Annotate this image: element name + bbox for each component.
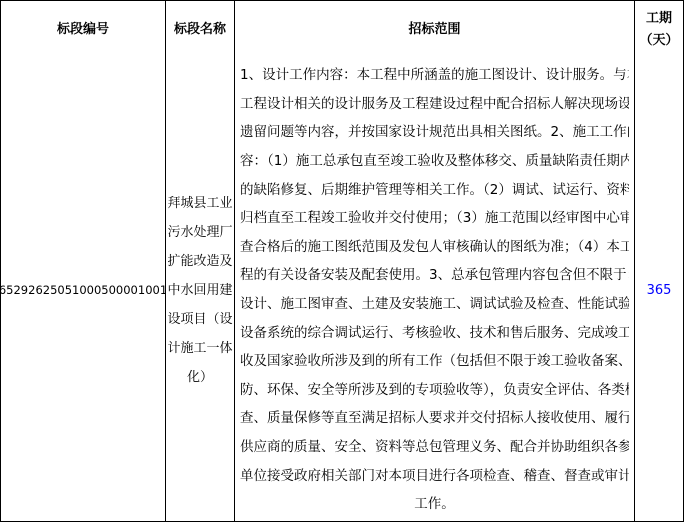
header-bid-scope: 招标范围 bbox=[235, 1, 634, 59]
bid-scope-text: 1、设计工作内容：本工程中所涵盖的施工图设计、设计服务。与本 工程设计相关的设计… bbox=[235, 61, 634, 519]
column-section-number: 标段编号 65292625051000500001001 bbox=[1, 1, 165, 521]
scope-line: 防、环保、安全等所涉及到的专项验收等），负责安全评估、各类检 bbox=[240, 376, 629, 405]
column-section-name: 标段名称 拜城县工业 污水处理厂 扩能改造及 中水回用建 设项目（设 计施工一体… bbox=[165, 1, 234, 521]
scope-line: 设备系统的综合调试运行、考核验收、技术和售后服务、完成竣工验 bbox=[240, 319, 629, 348]
scope-line: 归档直至工程竣工验收并交付使用；（3）施工范围以经审图中心审 bbox=[240, 204, 629, 233]
column-bid-scope: 招标范围 1、设计工作内容：本工程中所涵盖的施工图设计、设计服务。与本 工程设计… bbox=[234, 1, 634, 521]
scope-line: 收及国家验收所涉及到的所有工作（包括但不限于竣工验收备案、消 bbox=[240, 347, 629, 376]
scope-line: 容：（1）施工总承包直至竣工验收及整体移交、质量缺陷责任期内 bbox=[240, 147, 629, 176]
section-name-line: 污水处理厂 bbox=[166, 218, 234, 247]
header-section-number: 标段编号 bbox=[1, 1, 165, 59]
section-name-line: 计施工一体 bbox=[166, 334, 234, 363]
scope-line: 设计、施工图审查、土建及安装施工、调试试验及检查、性能试验、 bbox=[240, 290, 629, 319]
scope-line: 遗留问题等内容，并按国家设计规范出具相关图纸。2、施工工作内 bbox=[240, 118, 629, 147]
scope-line: 查、质量保修等直至满足招标人要求并交付招标人接收使用、履行对 bbox=[240, 404, 629, 433]
header-duration-line1: 工期 bbox=[646, 8, 672, 30]
section-name-value: 拜城县工业 污水处理厂 扩能改造及 中水回用建 设项目（设 计施工一体 化） bbox=[166, 189, 234, 392]
section-name-line: 设项目（设 bbox=[166, 305, 234, 334]
bid-section-table: 标段编号 65292625051000500001001 标段名称 拜城县工业 … bbox=[0, 0, 684, 522]
section-name-line: 扩能改造及 bbox=[166, 247, 234, 276]
duration-cell: 365 bbox=[635, 59, 683, 521]
scope-line: 的缺陷修复、后期维护管理等相关工作。（2）调试、试运行、资料 bbox=[240, 176, 629, 205]
duration-value: 365 bbox=[647, 283, 672, 298]
header-section-name: 标段名称 bbox=[166, 1, 234, 59]
scope-line: 工作。 bbox=[240, 490, 629, 519]
scope-line: 供应商的质量、安全、资料等总包管理义务、配合并协助组织各参建 bbox=[240, 433, 629, 462]
header-duration: 工期 （天） bbox=[635, 1, 683, 59]
section-name-line: 中水回用建 bbox=[166, 276, 234, 305]
section-number-value: 65292625051000500001001 bbox=[1, 283, 165, 297]
scope-line: 程的有关设备安装及配套使用。3、总承包管理内容包含但不限于： bbox=[240, 261, 629, 290]
bid-scope-cell: 1、设计工作内容：本工程中所涵盖的施工图设计、设计服务。与本 工程设计相关的设计… bbox=[235, 59, 634, 521]
section-name-cell: 拜城县工业 污水处理厂 扩能改造及 中水回用建 设项目（设 计施工一体 化） bbox=[166, 59, 234, 521]
scope-line: 1、设计工作内容：本工程中所涵盖的施工图设计、设计服务。与本 bbox=[240, 61, 629, 90]
scope-line: 查合格后的施工图纸范围及发包人审核确认的图纸为准；（4）本工 bbox=[240, 233, 629, 262]
section-name-line: 化） bbox=[166, 363, 234, 392]
scope-line: 单位接受政府相关部门对本项目进行各项检查、稽查、督查或审计等 bbox=[240, 462, 629, 491]
section-name-line: 拜城县工业 bbox=[166, 189, 234, 218]
scope-line: 工程设计相关的设计服务及工程建设过程中配合招标人解决现场设计 bbox=[240, 90, 629, 119]
section-number-cell: 65292625051000500001001 bbox=[1, 59, 165, 521]
column-duration: 工期 （天） 365 bbox=[634, 1, 683, 521]
header-duration-line2: （天） bbox=[639, 30, 678, 52]
